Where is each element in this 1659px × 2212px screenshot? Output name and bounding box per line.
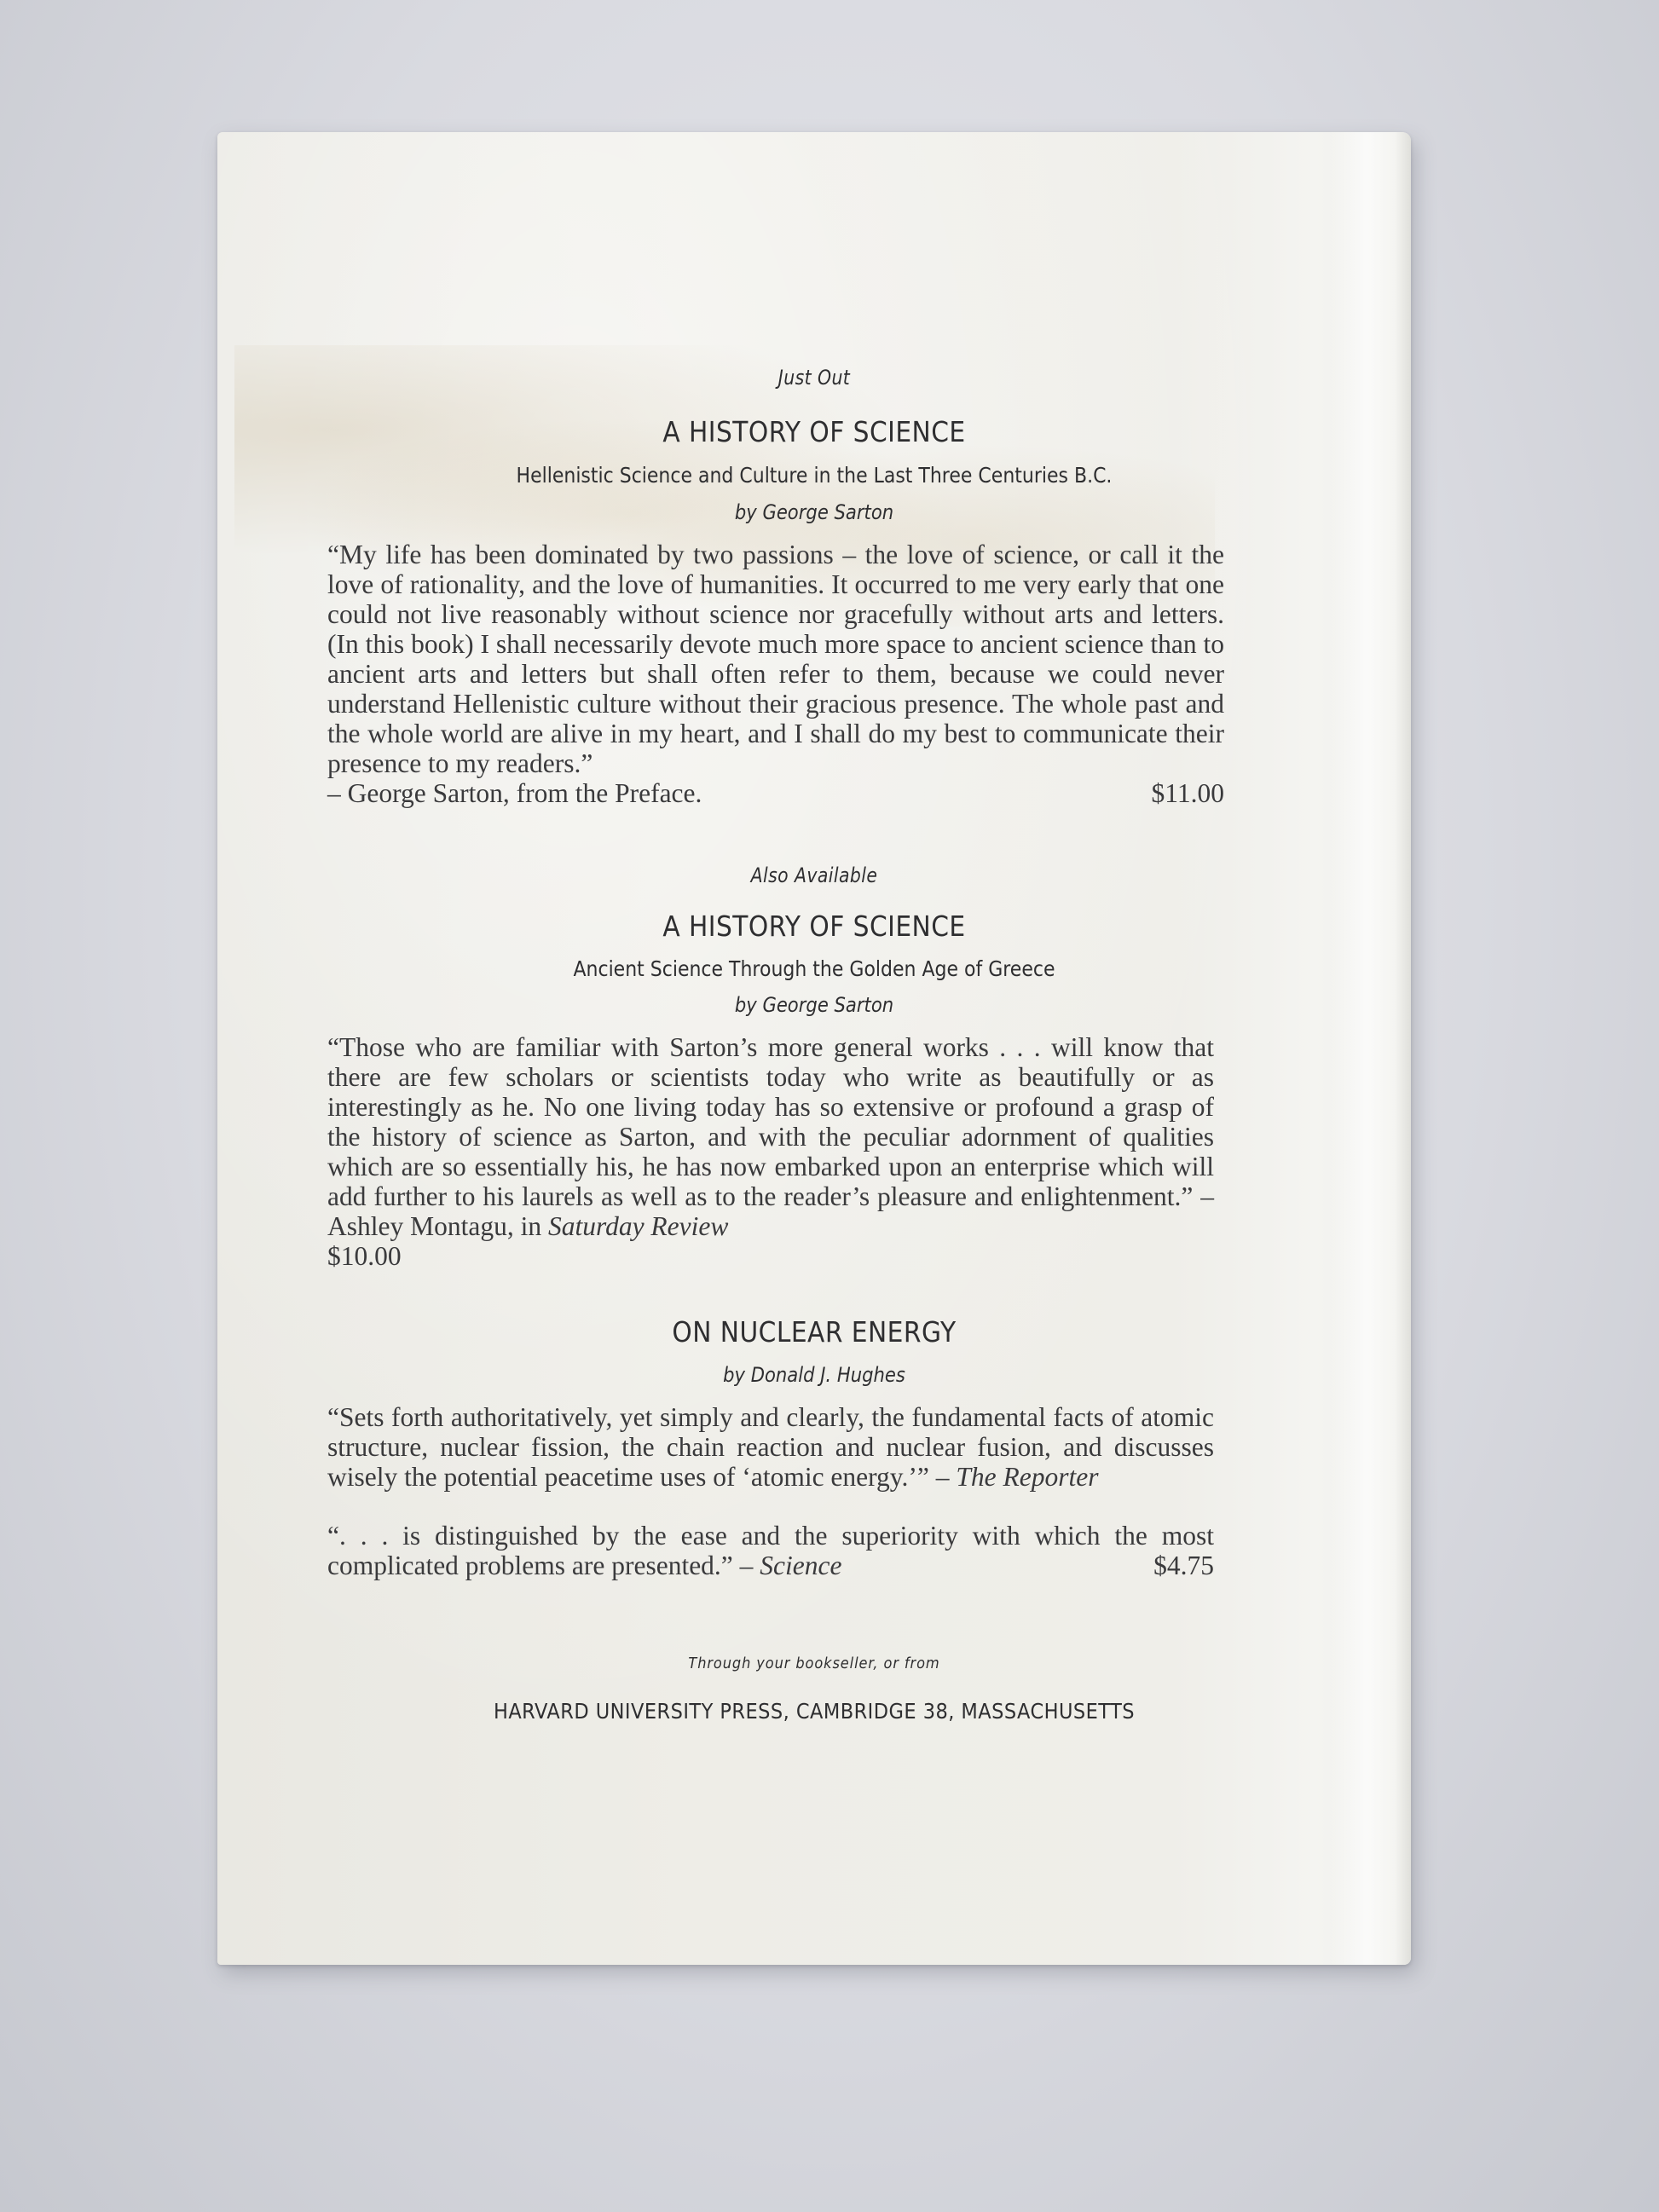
footer-note: Through your bookseller, or from [277,1655,1351,1672]
section3-quote-block: “Sets forth authoritatively, yet simply … [327,1402,1214,1580]
section3-quote2-paragraph: “. . . is distinguished by the ease and … [327,1521,1214,1580]
section2-title: A HISTORY OF SCIENCE [277,910,1351,943]
footer-publisher: HARVARD UNIVERSITY PRESS, CAMBRIDGE 38, … [277,1699,1351,1724]
cover-edge [1330,132,1411,1965]
section1-attribution: – George Sarton, from the Preface. [327,778,702,808]
section2-kicker: Also Available [307,863,1321,887]
section3-byline: by Donald J. Hughes [289,1363,1339,1387]
section2-quote-paragraph: “Those who are familiar with Sarton’s mo… [327,1032,1214,1241]
section1-attribution-line: – George Sarton, from the Preface. $11.0… [327,778,1224,808]
section2-byline: by George Sarton [289,993,1339,1017]
section3-price: $4.75 [1153,1551,1214,1580]
section3-title: ON NUCLEAR ENERGY [277,1315,1351,1349]
section1-byline: by George Sarton [289,500,1339,524]
section3-source1: The Reporter [956,1462,1098,1492]
section2-source: Saturday Review [548,1211,728,1241]
section2-quote-block: “Those who are familiar with Sarton’s mo… [327,1032,1214,1271]
paragraph-gap [327,1492,1214,1521]
section3-source2: Science [760,1551,841,1580]
book-back-cover: Just Out A HISTORY OF SCIENCE Hellenisti… [217,132,1411,1965]
section1-quote: “My life has been dominated by two passi… [327,540,1224,778]
section1-subtitle: Hellenistic Science and Culture in the L… [289,463,1339,488]
section2-quote: “Those who are familiar with Sarton’s mo… [327,1032,1214,1241]
section2-subtitle: Ancient Science Through the Golden Age o… [289,956,1339,981]
section1-price: $11.00 [1152,778,1224,808]
section3-quote1-paragraph: “Sets forth authoritatively, yet simply … [327,1402,1214,1492]
section1-kicker: Just Out [307,366,1321,390]
section2-price: $10.00 [327,1241,1214,1271]
section1-title: A HISTORY OF SCIENCE [277,415,1351,448]
section1-quote-block: “My life has been dominated by two passi… [327,540,1224,808]
